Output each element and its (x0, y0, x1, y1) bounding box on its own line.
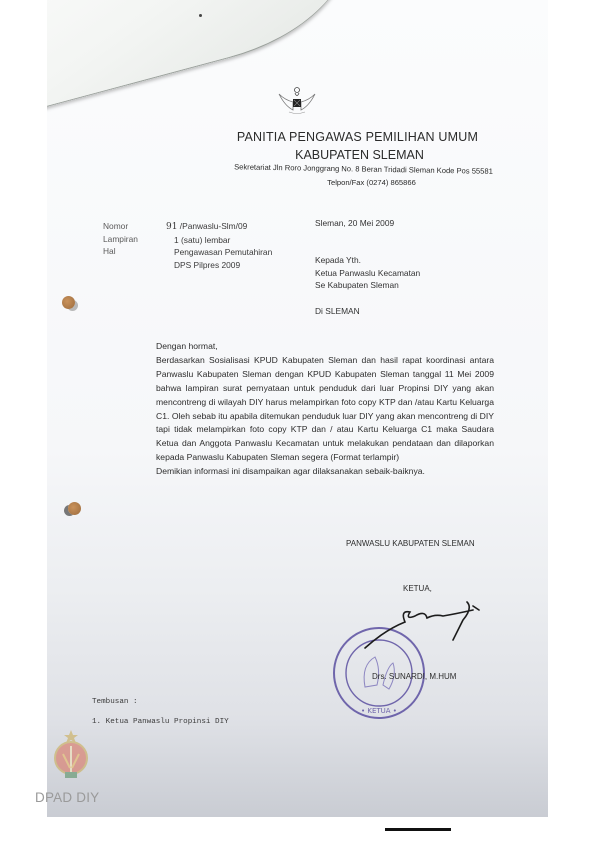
letterhead-telephone: Telpon/Fax (0274) 865866 (0, 178, 595, 187)
letter-meta-values: 91 /Panwaslu-Slm/09 1 (satu) lembar Peng… (166, 220, 272, 271)
signature-organization: PANWASLU KABUPATEN SLEMAN (346, 539, 475, 548)
lampiran-value: 1 (satu) lembar (166, 234, 272, 247)
label-lampiran: Lampiran (103, 233, 138, 246)
signature-role: KETUA, (403, 584, 432, 593)
tembusan-block: Tembusan : 1. Ketua Panwaslu Propinsi DI… (92, 692, 229, 732)
dpad-emblem-icon (51, 728, 91, 780)
label-nomor: Nomor (103, 220, 138, 233)
recipient-line3: Se Kabupaten Sleman (315, 279, 420, 292)
punch-hole (68, 502, 81, 515)
handwritten-signature-icon (355, 600, 495, 650)
punch-hole (62, 296, 75, 309)
letter-meta-labels: Nomor Lampiran Hal (103, 220, 138, 258)
folded-corner (47, 0, 368, 114)
letter-body: Dengan hormat, Berdasarkan Sosialisasi K… (156, 340, 494, 479)
recipient-block: Kepada Yth. Ketua Panwaslu Kecamatan Se … (315, 254, 420, 292)
tembusan-item: 1. Ketua Panwaslu Propinsi DIY (92, 712, 229, 732)
nomor-handwritten: 91 (166, 222, 177, 232)
watermark-label: DPAD DIY (35, 790, 99, 805)
nomor-suffix: /Panwaslu-Slm/09 (177, 221, 247, 231)
recipient-place: Di SLEMAN (315, 306, 360, 316)
salutation: Dengan hormat, (156, 340, 494, 354)
letter-date: Sleman, 20 Mei 2009 (315, 218, 394, 228)
body-paragraph: Berdasarkan Sosialisasi KPUD Kabupaten S… (156, 354, 494, 465)
garuda-emblem-icon (277, 84, 317, 116)
letterhead-title: PANITIA PENGAWAS PEMILIHAN UMUM (0, 130, 595, 144)
nomor-value: 91 /Panwaslu-Slm/09 (166, 220, 272, 234)
underline-mark (385, 828, 451, 831)
svg-text:• KETUA •: • KETUA • (361, 707, 397, 715)
hal-value-line1: Pengawasan Pemutahiran (166, 246, 272, 259)
signatory-name: Drs. SUNARDI, M.HUM (372, 672, 456, 681)
recipient-line1: Kepada Yth. (315, 254, 420, 267)
closing-sentence: Demikian informasi ini disampaikan agar … (156, 465, 494, 479)
hal-value-line2: DPS Pilpres 2009 (166, 259, 272, 272)
ink-speck (199, 14, 202, 17)
recipient-line2: Ketua Panwaslu Kecamatan (315, 267, 420, 280)
label-hal: Hal (103, 245, 138, 258)
tembusan-label: Tembusan : (92, 692, 229, 712)
